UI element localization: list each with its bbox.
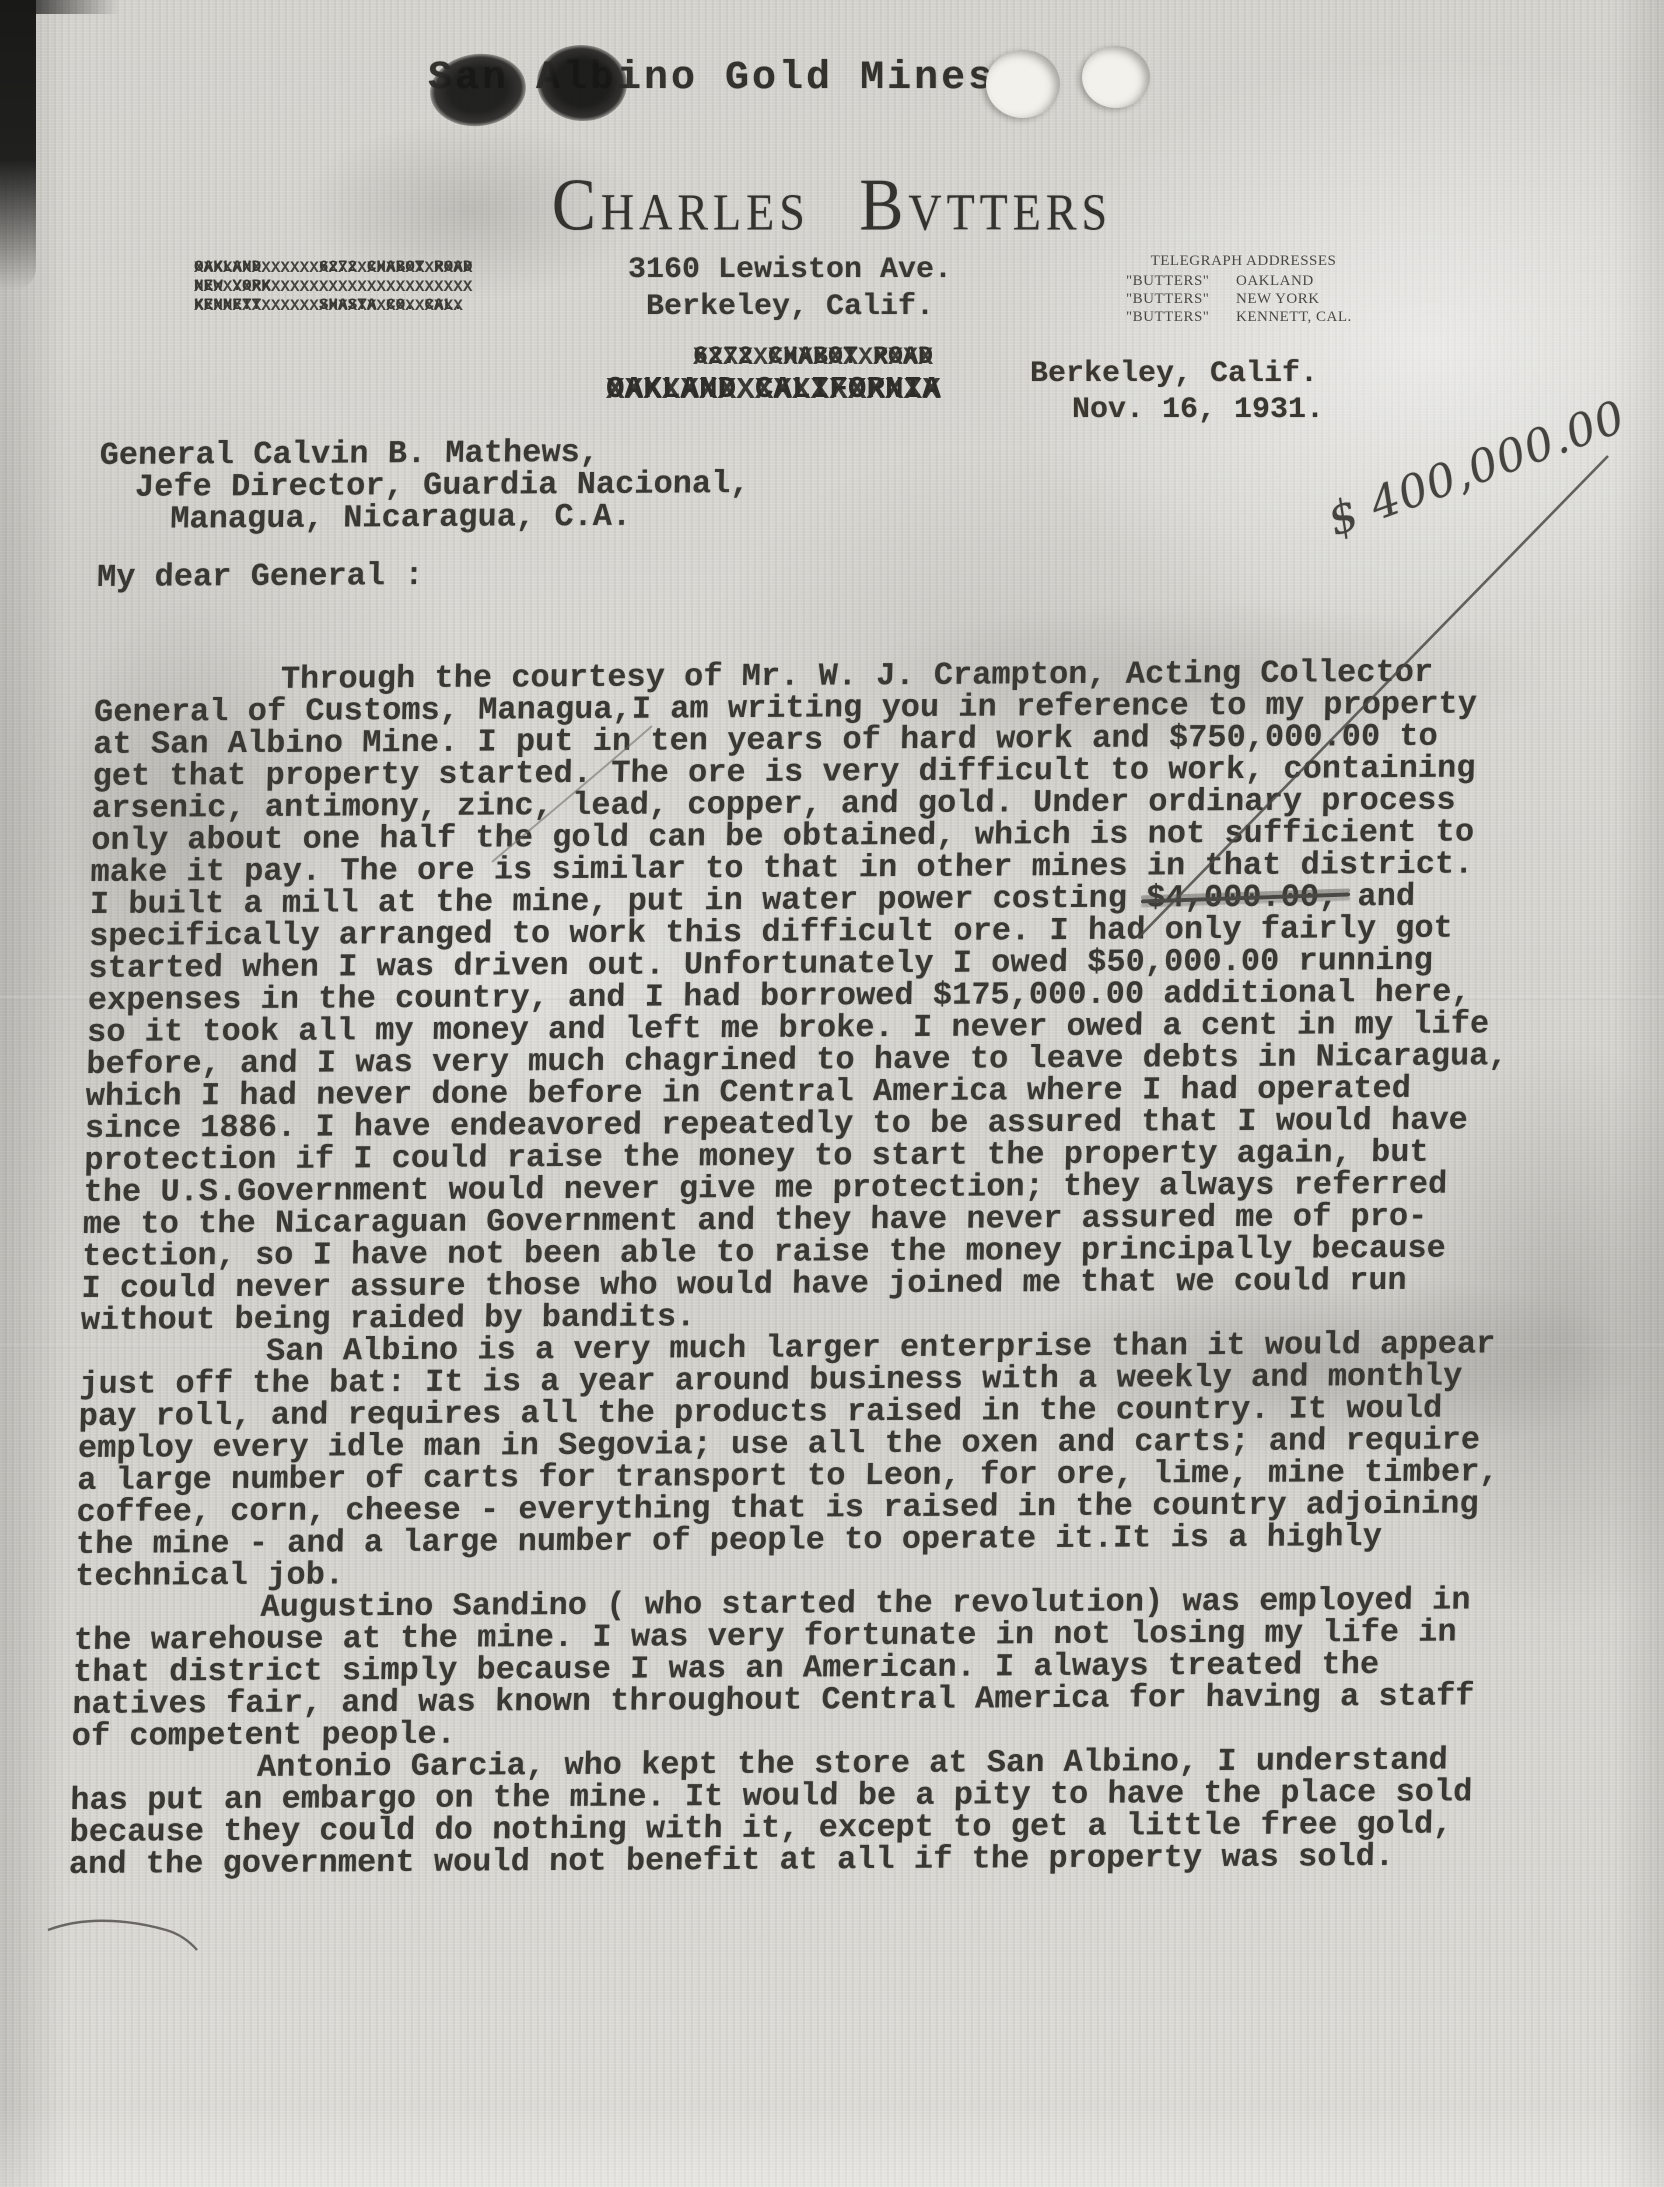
- dateline-date: Nov. 16, 1931.: [1030, 392, 1324, 428]
- telegraph-name: "BUTTERS": [1126, 308, 1236, 326]
- telegraph-addresses-block: TELEGRAPH ADDRESSES "BUTTERS" OAKLAND "B…: [1126, 252, 1361, 326]
- telegraph-name: "BUTTERS": [1126, 290, 1236, 308]
- x-overstrike: XXXXXXXXXXXXXXXX: [693, 343, 933, 372]
- telegraph-entry: "BUTTERS" OAKLAND: [1126, 272, 1361, 290]
- struck-amount: $4,000.00,: [1146, 878, 1339, 916]
- salutation: My dear General :: [97, 553, 1578, 594]
- scanned-letter-page: San Albino Gold Mines CHARLES BVTTERS 31…: [0, 0, 1664, 2187]
- struck-branch-addresses: OAKLAND 6272 CHABOT ROADXXXXXXXXXXXXXXXX…: [194, 258, 472, 315]
- x-overstrike: XXXXXXXXXXXXXXXXXXXXXXXXXXXXX: [194, 278, 472, 297]
- owner-last-name: BVTTERS: [859, 163, 1112, 248]
- telegraph-title: TELEGRAPH ADDRESSES: [1126, 252, 1361, 270]
- punch-hole: [986, 50, 1060, 118]
- letter-body: Through the courtesy of Mr. W. J. Crampt…: [69, 656, 1576, 1881]
- ink-blot: [534, 42, 629, 124]
- body-line: I could never assure those who would hav…: [81, 1264, 1562, 1305]
- struck-old-address-line: 6272 CHABOT ROADXXXXXXXXXXXXXXXX: [693, 342, 933, 371]
- body-line: natives fair, and was known throughout C…: [72, 1680, 1553, 1721]
- scan-bottom-shade: [0, 2107, 1664, 2187]
- telegraph-entry: "BUTTERS" KENNETT, CAL.: [1126, 308, 1361, 326]
- typed-letter-content: General Calvin B. Mathews, Jefe Director…: [69, 431, 1581, 1881]
- punch-hole: [1082, 46, 1150, 108]
- street-address: 3160 Lewiston Ave.: [480, 252, 1100, 289]
- dateline-place: Berkeley, Calif.: [1030, 356, 1324, 392]
- letterhead-address: 3160 Lewiston Ave. Berkeley, Calif.: [480, 252, 1100, 326]
- x-overstrike: XXXXXXXXXXXXXXXXXX: [606, 373, 941, 408]
- telegraph-entry: "BUTTERS" NEW YORK: [1126, 290, 1361, 308]
- letterhead-owner-name: CHARLES BVTTERS: [0, 163, 1664, 248]
- x-overstrike: XXXXXXXXXXXXXXXXXXXXXXXXXXXX: [194, 297, 463, 316]
- x-overstrike: XXXXXXXXXXXXXXXXXXXXXXXXXXXXX: [194, 259, 472, 278]
- city-address: Berkeley, Calif.: [480, 289, 1100, 326]
- telegraph-name: "BUTTERS": [1126, 272, 1236, 290]
- pen-squiggle-bottom: [48, 1921, 197, 1950]
- dateline: Berkeley, Calif. Nov. 16, 1931.: [1030, 356, 1324, 428]
- telegraph-city: OAKLAND: [1236, 272, 1314, 290]
- telegraph-city: KENNETT, CAL.: [1236, 308, 1352, 326]
- owner-first-name: CHARLES: [552, 163, 810, 248]
- scan-edge-artifact: [0, 0, 120, 14]
- struck-old-address-line: OAKLAND CALIFORNIAXXXXXXXXXXXXXXXXXX: [606, 372, 941, 407]
- body-line: and the government would not benefit at …: [69, 1840, 1550, 1881]
- recipient-line: Managua, Nicaragua, C.A.: [98, 495, 1579, 536]
- scan-edge-artifact: [0, 0, 36, 290]
- body-line: the mine - and a large number of people …: [76, 1520, 1557, 1561]
- telegraph-city: NEW YORK: [1236, 290, 1320, 308]
